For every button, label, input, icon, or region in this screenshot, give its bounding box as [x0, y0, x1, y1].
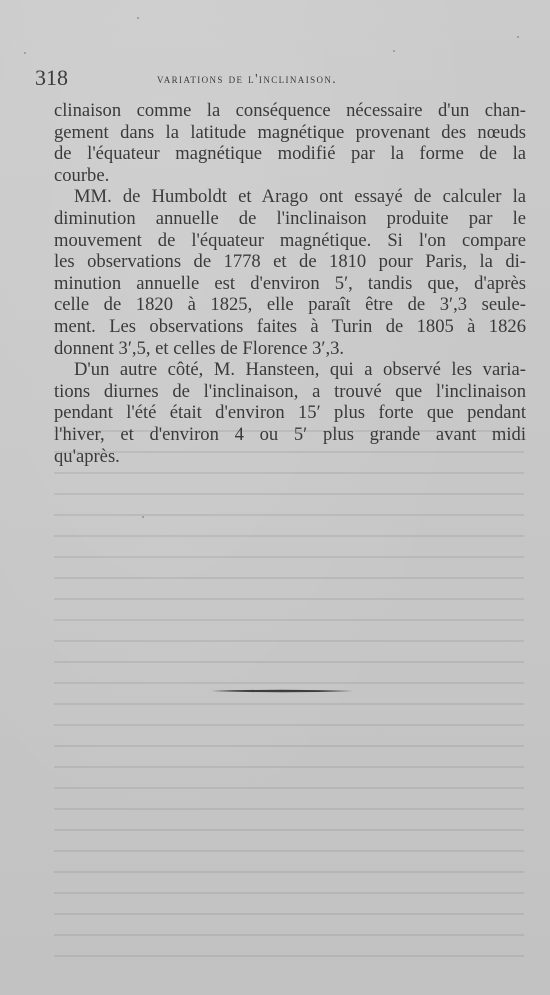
chapter-title: VARIATIONS DE L'INCLINAISON.: [157, 70, 337, 88]
text-line: l'hiver, et d'environ 4 ou 5′ plus grand…: [54, 424, 526, 446]
text-line: courbe.: [54, 165, 526, 187]
text-line: diminution annuelle de l'inclinaison pro…: [54, 208, 526, 230]
book-page: 318 VARIATIONS DE L'INCLINAISON. clinais…: [0, 0, 550, 995]
paper-speck: [142, 516, 144, 518]
text-line: qu'après.: [54, 446, 526, 468]
text-line: MM. de Humboldt et Arago ont essayé de c…: [54, 186, 526, 208]
paragraph-3: D'un autre côté, M. Hansteen, qui a obse…: [54, 359, 526, 467]
paragraph-1: clinaison comme la conséquence nécessair…: [54, 100, 526, 186]
text-line: pendant l'été était d'environ 15′ plus f…: [54, 402, 526, 424]
text-line: ment. Les observations faites à Turin de…: [54, 316, 526, 338]
paper-speck: [24, 52, 26, 54]
page-number: 318: [35, 66, 68, 90]
text-line: gement dans la latitude magnétique prove…: [54, 122, 526, 144]
text-line: mouvement de l'équateur magnétique. Si l…: [54, 230, 526, 252]
paper-speck: [393, 50, 395, 52]
text-line: D'un autre côté, M. Hansteen, qui a obse…: [54, 359, 526, 381]
paragraph-2: MM. de Humboldt et Arago ont essayé de c…: [54, 186, 526, 359]
paper-speck: [517, 36, 519, 38]
bleed-through-text: [54, 430, 524, 970]
text-line: celle de 1820 à 1825, elle paraît être d…: [54, 294, 526, 316]
paper-speck: [137, 17, 139, 19]
text-line: clinaison comme la conséquence nécessair…: [54, 100, 526, 122]
text-line: de l'équateur magnétique modifié par la …: [54, 143, 526, 165]
section-end-rule-icon: [211, 689, 353, 693]
text-line: donnent 3′,5, et celles de Florence 3′,3…: [54, 338, 526, 360]
text-line: les observations de 1778 et de 1810 pour…: [54, 251, 526, 273]
text-line: tions diurnes de l'inclinaison, a trouvé…: [54, 381, 526, 403]
running-head: 318 VARIATIONS DE L'INCLINAISON.: [35, 66, 515, 90]
body-text: clinaison comme la conséquence nécessair…: [54, 100, 526, 467]
text-line: minution annuelle est d'environ 5′, tand…: [54, 273, 526, 295]
